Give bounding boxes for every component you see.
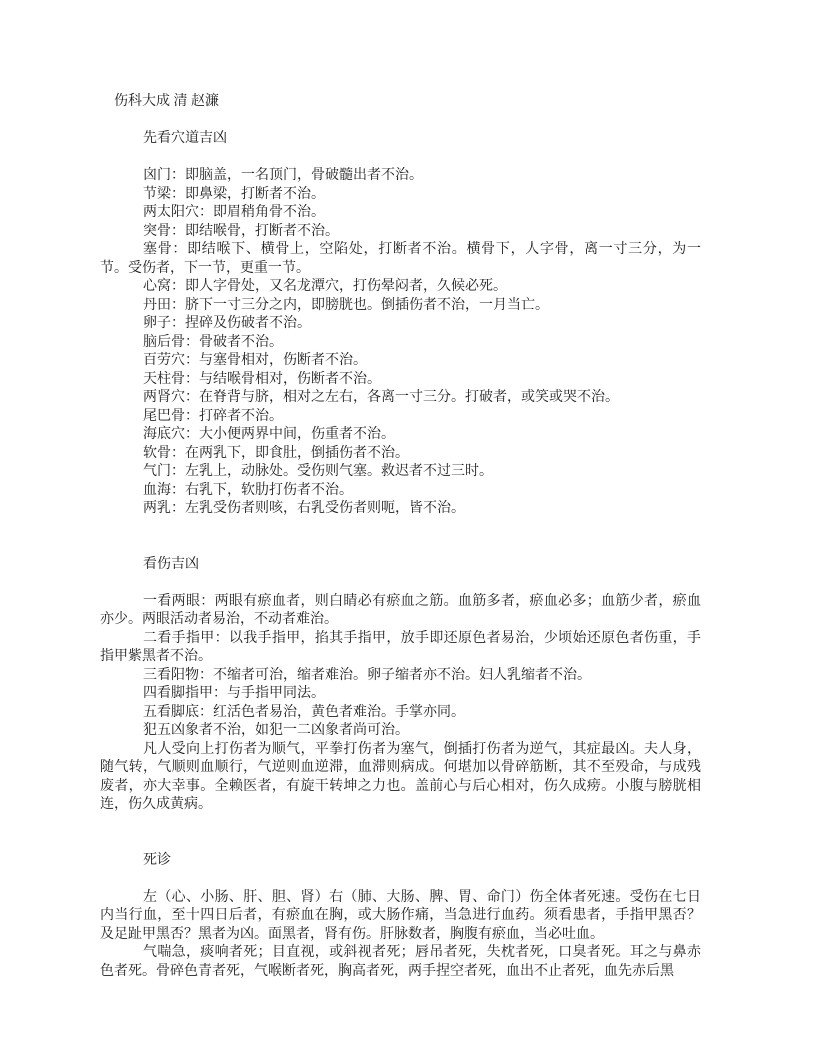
paragraph-acupoint-xinwo: 心窝：即人字骨处，又名龙潭穴，打伤晕闷者，久候必死。 bbox=[100, 278, 701, 297]
paragraph-acupoint-dantian: 丹田：脐下一寸三分之内，即膀胱也。倒插伤者不治，一月当亡。 bbox=[100, 297, 701, 316]
paragraph-sign-genitals: 三看阳物：不缩者可治，缩者难治。卵子缩者亦不治。妇人乳缩者不治。 bbox=[100, 667, 701, 686]
paragraph-acupoint-bailao: 百劳穴：与塞骨相对，伤断者不治。 bbox=[100, 352, 701, 371]
paragraph-acupoint-shenxue: 两肾穴：在脊背与脐，相对之左右，各离一寸三分。打破者，或笑或哭不治。 bbox=[100, 389, 701, 408]
paragraph-acupoint-ruangu: 软骨：在两乳下，即食肚，倒插伤者不治。 bbox=[100, 445, 701, 464]
paragraph-acupoint-jieliang: 节梁：即鼻梁，打断者不治。 bbox=[100, 186, 701, 205]
document-page: 伤科大成 清 赵濂 先看穴道吉凶 囟门：即脑盖，一名顶门，骨破髓出者不治。 节梁… bbox=[0, 0, 816, 1056]
paragraph-death-symptoms: 气喘急，痰响者死；目直视，或斜视者死；唇吊者死，失枕者死，口臭者死。耳之与鼻赤色… bbox=[100, 944, 701, 981]
section-heading-injury-signs: 看伤吉凶 bbox=[100, 556, 701, 575]
paragraph-sign-eyes: 一看两眼：两眼有瘀血者，则白睛必有瘀血之筋。血筋多者，瘀血必多；血筋少者，瘀血亦… bbox=[100, 593, 701, 630]
section-heading-acupoints: 先看穴道吉凶 bbox=[100, 130, 701, 149]
text-block: 伤科大成 清 赵濂 先看穴道吉凶 囟门：即脑盖，一名顶门，骨破髓出者不治。 节梁… bbox=[100, 93, 701, 981]
paragraph-sign-fingernails: 二看手指甲：以我手指甲，掐其手指甲，放手即还原色者易治，少顷始还原色者伤重，手指… bbox=[100, 630, 701, 667]
paragraph-acupoint-luanzi: 卵子：捏碎及伤破者不治。 bbox=[100, 315, 701, 334]
paragraph-acupoint-qimen: 气门：左乳上，动脉处。受伤则气塞。救迟者不过三时。 bbox=[100, 463, 701, 482]
paragraph-sign-toenails: 四看脚指甲：与手指甲同法。 bbox=[100, 685, 701, 704]
paragraph-sign-five-omens: 犯五凶象者不治，如犯一二凶象者尚可治。 bbox=[100, 722, 701, 741]
paragraph-acupoint-liangru: 两乳：左乳受伤者则咳，右乳受伤者则呃，皆不治。 bbox=[100, 500, 701, 519]
paragraph-sign-qi-flow: 凡人受向上打伤者为顺气，平拳打伤者为塞气，倒插打伤者为逆气，其症最凶。夫人身，随… bbox=[100, 741, 701, 815]
paragraph-acupoint-weiba: 尾巴骨：打碎者不治。 bbox=[100, 408, 701, 427]
paragraph-acupoint-taiyang: 两太阳穴：即眉稍角骨不治。 bbox=[100, 204, 701, 223]
paragraph-acupoint-xinmen: 囟门：即脑盖，一名顶门，骨破髓出者不治。 bbox=[100, 167, 701, 186]
paragraph-death-organs: 左（心、小肠、肝、胆、肾）右（肺、大肠、脾、胃、命门）伤全体者死速。受伤在七日内… bbox=[100, 889, 701, 945]
section-heading-death-diagnosis: 死诊 bbox=[100, 852, 701, 871]
document-title: 伤科大成 清 赵濂 bbox=[100, 93, 701, 112]
paragraph-acupoint-naohougu: 脑后骨：骨破者不治。 bbox=[100, 334, 701, 353]
paragraph-acupoint-tianzhu: 天柱骨：与结喉骨相对，伤断者不治。 bbox=[100, 371, 701, 390]
paragraph-acupoint-haidi: 海底穴：大小便两界中间，伤重者不治。 bbox=[100, 426, 701, 445]
paragraph-acupoint-saigu: 塞骨：即结喉下、横骨上，空陷处，打断者不治。横骨下，人字骨，离一寸三分，为一节。… bbox=[100, 241, 701, 278]
paragraph-acupoint-tugu: 突骨：即结喉骨，打断者不治。 bbox=[100, 223, 701, 242]
paragraph-acupoint-xuehai: 血海：右乳下，软肋打伤者不治。 bbox=[100, 482, 701, 501]
paragraph-sign-soles: 五看脚底：红活色者易治，黄色者难治。手掌亦同。 bbox=[100, 704, 701, 723]
